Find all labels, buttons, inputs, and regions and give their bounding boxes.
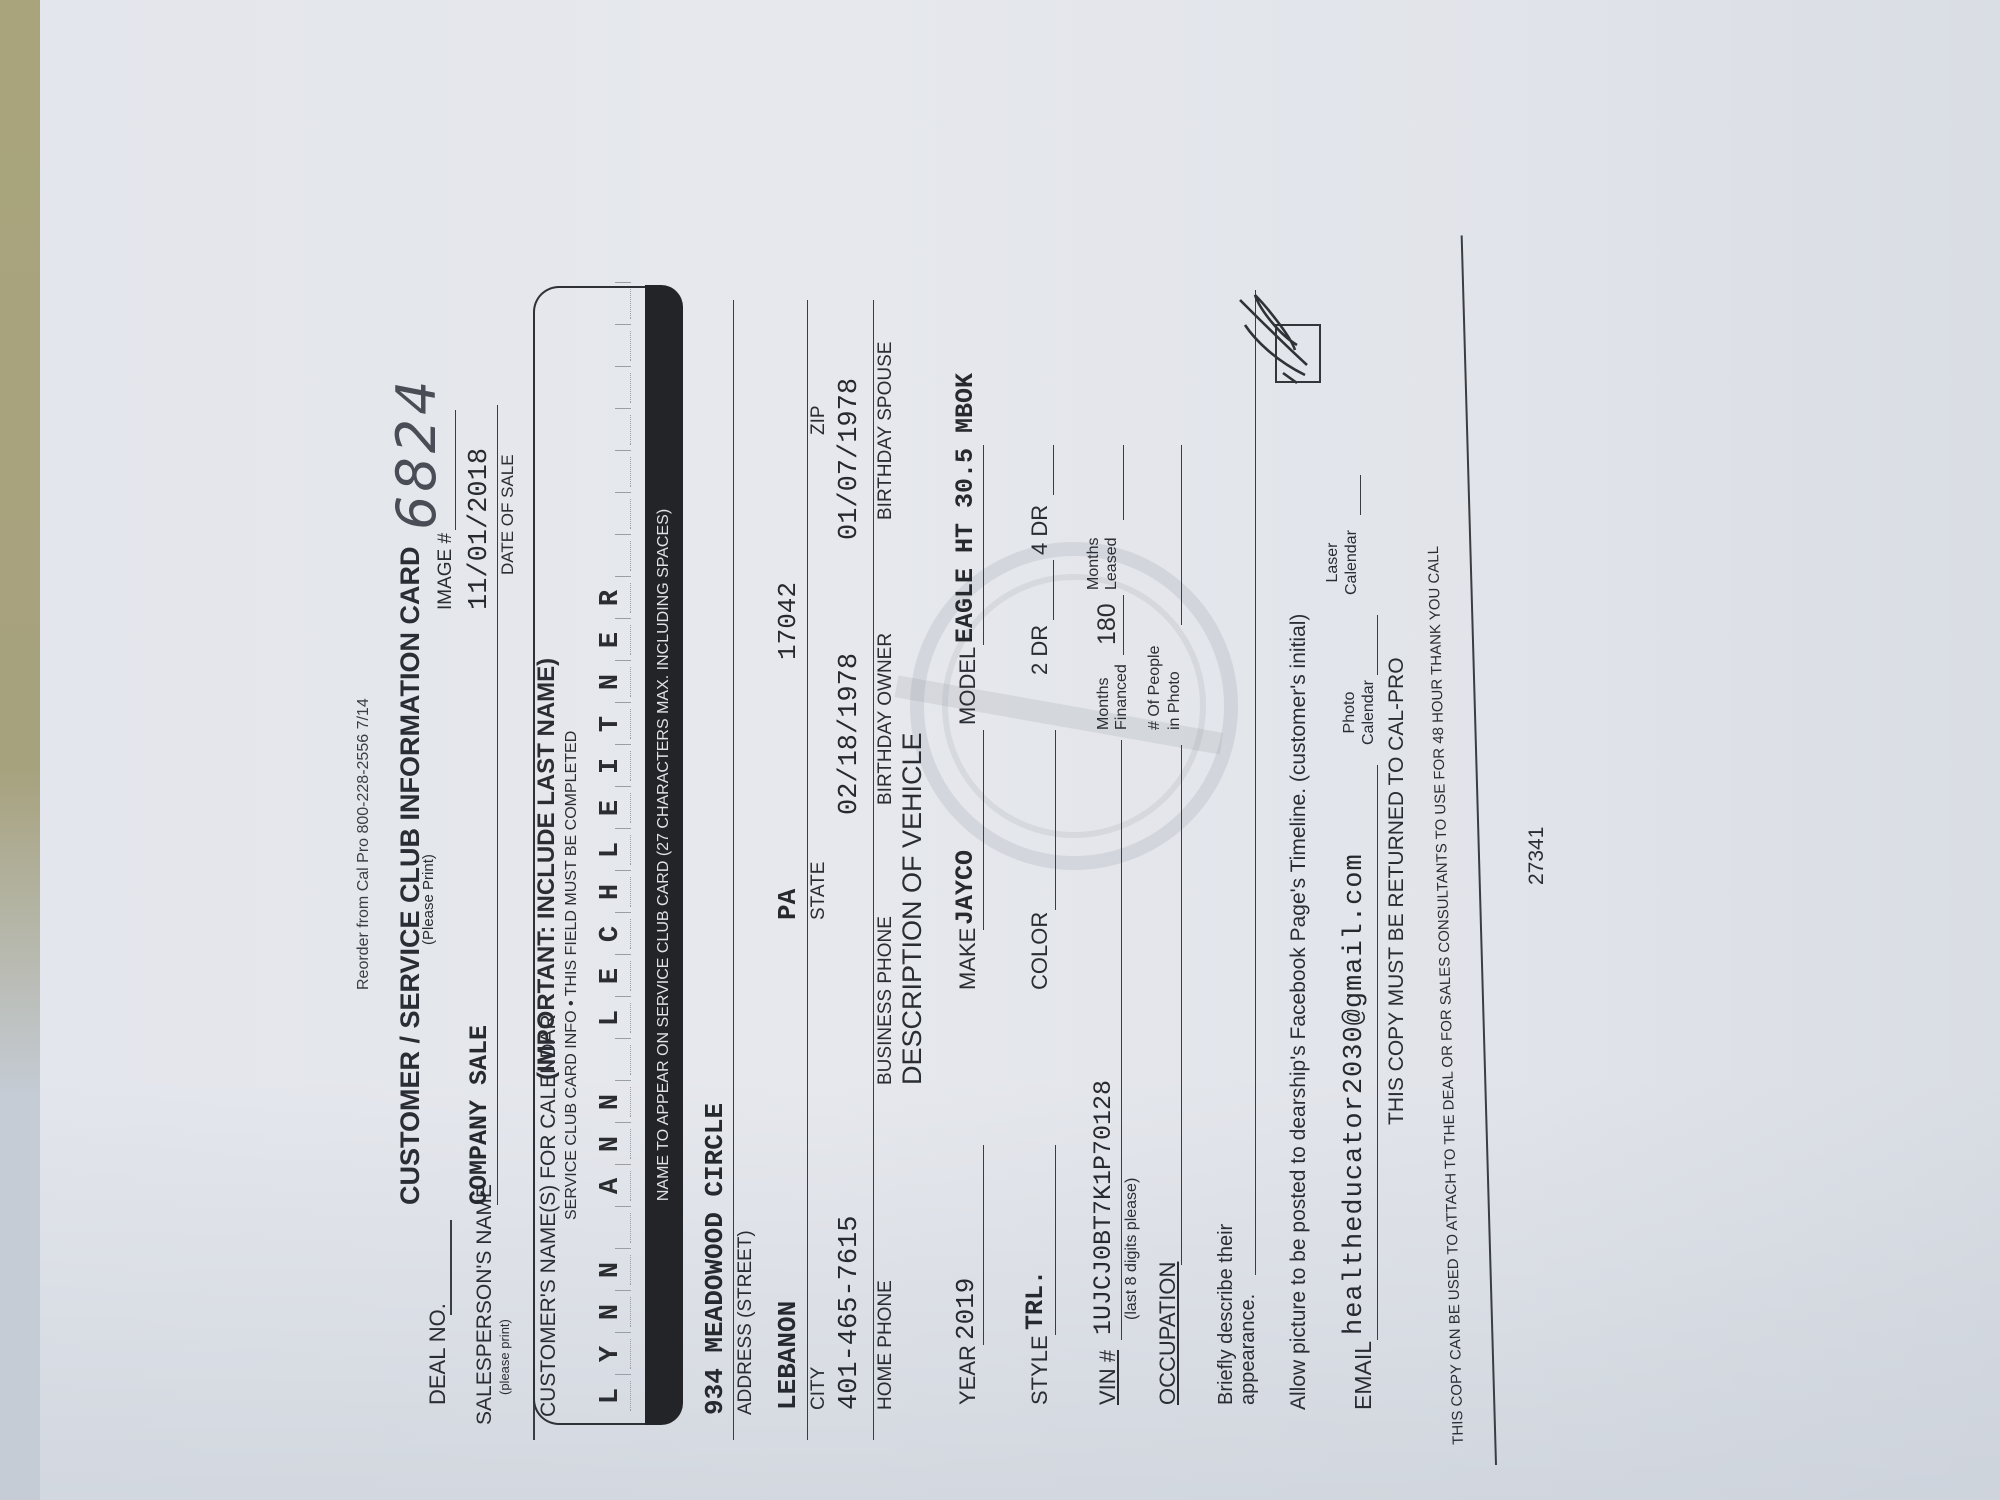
style-value[interactable]: TRL. bbox=[1021, 1270, 1050, 1330]
email-label: EMAIL bbox=[1350, 1341, 1377, 1410]
make-underline bbox=[983, 730, 984, 930]
name-character-cell[interactable]: E bbox=[593, 619, 633, 661]
date-of-sale-value[interactable]: 11/01/2018 bbox=[465, 448, 495, 610]
model-underline bbox=[983, 445, 984, 645]
vin-underline bbox=[1121, 740, 1122, 1340]
zip-value[interactable]: 17042 bbox=[773, 582, 803, 660]
customer-service-club-card: Reorder from Cal Pro 800-228-2556 7/14 D… bbox=[355, 250, 1625, 1465]
name-character-cell[interactable] bbox=[593, 493, 633, 535]
salesperson-value[interactable]: COMPANY SALE bbox=[465, 1025, 494, 1205]
name-character-cell[interactable]: T bbox=[593, 703, 633, 745]
photo-calendar-label: Photo Calendar bbox=[1340, 680, 1378, 745]
address-underline bbox=[733, 300, 734, 1440]
occupation-label: OCCUPATION bbox=[1155, 1262, 1181, 1405]
months-leased-label-line2: Leased bbox=[1103, 538, 1121, 591]
city-value[interactable]: LEBANON bbox=[773, 1301, 803, 1410]
appearance-label-line1: Briefly describe their bbox=[1215, 1224, 1237, 1405]
appearance-label: Briefly describe their appearance. bbox=[1215, 1224, 1259, 1405]
important-note: (IMPORTANT: INCLUDE LAST NAME) bbox=[533, 658, 561, 1080]
year-underline bbox=[983, 1145, 984, 1345]
photo-calendar-label-line2: Calendar bbox=[1359, 680, 1378, 745]
name-character-cell[interactable]: A bbox=[593, 1165, 633, 1207]
city-label: CITY bbox=[808, 1367, 830, 1410]
name-character-cell[interactable]: N bbox=[593, 1081, 633, 1123]
name-character-cell[interactable]: Y bbox=[593, 1333, 633, 1375]
name-character-cell[interactable] bbox=[593, 451, 633, 493]
name-character-cell[interactable]: E bbox=[593, 787, 633, 829]
year-label: YEAR bbox=[955, 1345, 981, 1405]
name-character-cell[interactable] bbox=[593, 535, 633, 577]
occupation-field[interactable] bbox=[1181, 745, 1182, 1265]
name-character-cell[interactable]: C bbox=[593, 913, 633, 955]
name-character-cells[interactable]: LYNNANNLECHLEITNER bbox=[593, 283, 633, 1417]
vin-label: VIN # bbox=[1095, 1350, 1121, 1405]
months-financed-label-line1: Months bbox=[1095, 664, 1113, 730]
state-value[interactable]: PA bbox=[773, 889, 803, 920]
people-in-photo-label: # Of People in Photo bbox=[1145, 646, 1185, 731]
make-value[interactable]: JAYCO bbox=[951, 850, 980, 925]
year-value[interactable]: 2019 bbox=[951, 1278, 981, 1340]
email-underline bbox=[1377, 765, 1378, 1340]
four-door-label: 4 DR bbox=[1027, 505, 1053, 555]
four-door-field[interactable] bbox=[1053, 445, 1054, 495]
return-notice: THIS COPY MUST BE RETURNED TO CAL-PRO bbox=[1385, 657, 1409, 1125]
laser-calendar-label-line1: Laser bbox=[1323, 530, 1342, 595]
business-phone-label: BUSINESS PHONE bbox=[875, 916, 897, 1085]
state-label: STATE bbox=[808, 862, 830, 920]
name-character-cell[interactable] bbox=[593, 325, 633, 367]
usage-note: THIS COPY CAN BE USED TO ATTACH TO THE D… bbox=[1425, 546, 1467, 1445]
salesperson-sublabel: (please print) bbox=[497, 1319, 512, 1395]
facebook-consent-text: Allow picture to be posted to dearship's… bbox=[1287, 614, 1311, 1410]
image-no-label: IMAGE # bbox=[435, 533, 457, 610]
vin-value[interactable]: 1UJCJ0BT7K1P70128 bbox=[1089, 1080, 1118, 1335]
people-in-photo-field[interactable] bbox=[1181, 445, 1182, 625]
style-underline bbox=[1055, 1145, 1056, 1335]
address-value[interactable]: 934 MEADOWOOD CIRCLE bbox=[700, 1103, 730, 1415]
desk-surface bbox=[0, 0, 44, 1100]
vin-sublabel: (last 8 digits please) bbox=[1123, 1178, 1141, 1320]
name-character-cell[interactable]: H bbox=[593, 871, 633, 913]
birthday-spouse-value[interactable]: 01/07/1978 bbox=[835, 378, 865, 540]
photo-calendar-field[interactable] bbox=[1377, 615, 1378, 675]
service-club-note: SERVICE CLUB CARD INFO • THIS FIELD MUST… bbox=[563, 731, 581, 1220]
name-character-cell[interactable]: L bbox=[593, 829, 633, 871]
model-label: MODEL bbox=[955, 647, 981, 725]
months-financed-field[interactable] bbox=[1123, 595, 1124, 655]
home-phone-value[interactable]: 401-465-7615 bbox=[835, 1216, 865, 1410]
months-leased-value[interactable]: 180 bbox=[1093, 603, 1122, 645]
form-number: 27341 bbox=[1525, 827, 1549, 885]
phone-underline bbox=[873, 300, 874, 1440]
months-financed-label-line2: Financed bbox=[1113, 664, 1131, 730]
months-leased-field[interactable] bbox=[1123, 445, 1124, 520]
name-character-cell[interactable]: E bbox=[593, 955, 633, 997]
name-character-cell[interactable]: L bbox=[593, 997, 633, 1039]
footer-rule bbox=[1461, 235, 1497, 1465]
people-in-photo-label-line2: in Photo bbox=[1165, 646, 1185, 731]
image-no-value[interactable]: 6824 bbox=[385, 377, 448, 530]
name-character-cell[interactable]: I bbox=[593, 745, 633, 787]
address-label: ADDRESS (STREET) bbox=[735, 1230, 757, 1415]
name-character-cell[interactable]: N bbox=[593, 1291, 633, 1333]
name-character-cell[interactable] bbox=[593, 409, 633, 451]
name-character-cell[interactable]: R bbox=[593, 577, 633, 619]
months-leased-label: Months Leased bbox=[1085, 538, 1121, 591]
date-of-sale-label: DATE OF SALE bbox=[498, 454, 518, 575]
name-character-cell[interactable] bbox=[593, 1039, 633, 1081]
vehicle-section-title: DESCRIPTION OF VEHICLE bbox=[897, 732, 928, 1085]
name-bar-instruction: NAME TO APPEAR ON SERVICE CLUB CARD (27 … bbox=[645, 285, 683, 1425]
make-label: MAKE bbox=[955, 928, 981, 990]
home-phone-label: HOME PHONE bbox=[875, 1280, 897, 1410]
name-character-cell[interactable]: N bbox=[593, 1249, 633, 1291]
deal-no-field[interactable] bbox=[450, 1220, 452, 1315]
months-leased-label-line1: Months bbox=[1085, 538, 1103, 591]
two-door-field[interactable] bbox=[1053, 560, 1054, 620]
laser-calendar-label-line2: Calendar bbox=[1342, 530, 1361, 595]
birthday-owner-label: BIRTHDAY OWNER bbox=[875, 633, 897, 805]
style-label: STYLE bbox=[1027, 1335, 1053, 1405]
name-character-cell[interactable] bbox=[593, 1207, 633, 1249]
name-character-cell[interactable] bbox=[593, 283, 633, 325]
laser-calendar-label: Laser Calendar bbox=[1323, 530, 1361, 595]
birthday-spouse-label: BIRTHDAY SPOUSE bbox=[875, 342, 897, 520]
name-character-cell[interactable] bbox=[593, 367, 633, 409]
appearance-field[interactable] bbox=[1255, 290, 1256, 1275]
people-in-photo-label-line1: # Of People bbox=[1145, 646, 1165, 731]
two-door-label: 2 DR bbox=[1027, 625, 1053, 675]
deal-no-label: DEAL NO. bbox=[425, 1303, 451, 1405]
email-value[interactable]: healtheducator2030@gmail.com bbox=[1340, 853, 1370, 1335]
color-underline bbox=[1055, 730, 1056, 910]
salesperson-label: SALESPERSON'S NAME bbox=[473, 1184, 497, 1425]
name-character-cell[interactable]: N bbox=[593, 1123, 633, 1165]
name-character-cell[interactable]: N bbox=[593, 661, 633, 703]
birthday-owner-value[interactable]: 02/18/1978 bbox=[835, 653, 865, 815]
name-character-cell[interactable]: L bbox=[593, 1375, 633, 1417]
image-no-underline bbox=[455, 410, 456, 530]
photo-calendar-label-line1: Photo bbox=[1340, 680, 1359, 745]
please-print-note: (Please Print) bbox=[420, 854, 437, 945]
reorder-note: Reorder from Cal Pro 800-228-2556 7/14 bbox=[355, 698, 373, 990]
laser-calendar-field[interactable] bbox=[1360, 475, 1361, 515]
color-label: COLOR bbox=[1027, 912, 1053, 990]
model-value[interactable]: EAGLE HT 30.5 MBOK bbox=[951, 373, 980, 643]
months-financed-label: Months Financed bbox=[1095, 664, 1131, 730]
zip-label: ZIP bbox=[808, 405, 830, 435]
customer-initial-signature bbox=[1235, 285, 1315, 395]
